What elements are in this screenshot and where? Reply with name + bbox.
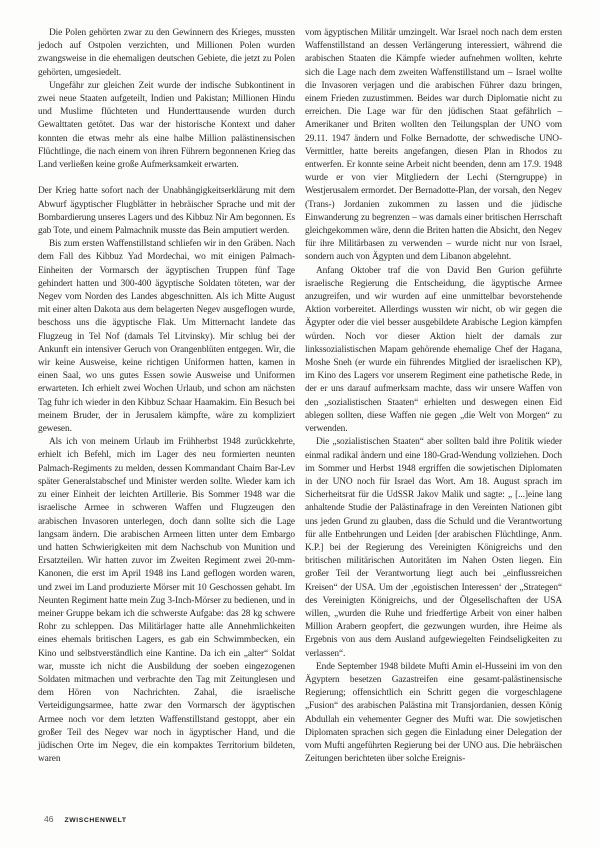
paragraph-mufti: Ende September 1948 bildete Mufti Amin e… — [305, 661, 562, 767]
journal-title: ZWISCHENWELT — [64, 817, 126, 824]
column-left: Die Polen gehörten zwar zu den Gewinnern… — [38, 27, 295, 766]
paragraph-subkontinent: Ungefähr zur gleichen Zeit wurde der ind… — [38, 80, 295, 172]
paragraph-waffenstillstand: Bis zum ersten Waffenstillstand schliefe… — [38, 238, 295, 436]
page-footer: 46 ZWISCHENWELT — [44, 814, 127, 824]
paragraph-polen: Die Polen gehörten zwar zu den Gewinnern… — [38, 27, 295, 80]
paragraph-ben-gurion: Anfang Oktober traf die von David Ben Gu… — [305, 265, 562, 437]
paragraph-urlaub-regiment: Als ich von meinem Urlaub im Frühherbst … — [38, 436, 295, 766]
paragraph-kriegsbeginn: Der Krieg hatte sofort nach der Unabhäng… — [38, 185, 295, 238]
page-number: 46 — [44, 814, 53, 824]
magazine-page: Die Polen gehörten zwar zu den Gewinnern… — [0, 0, 600, 849]
paragraph-sozialistische-staaten: Die „sozialistischen Staaten“ aber sollt… — [305, 436, 562, 660]
column-right: vom ägyptischen Militär umzingelt. War I… — [305, 27, 562, 766]
paragraph-umzingelt: vom ägyptischen Militär umzingelt. War I… — [305, 27, 562, 265]
article-body: Die Polen gehörten zwar zu den Gewinnern… — [38, 27, 562, 766]
